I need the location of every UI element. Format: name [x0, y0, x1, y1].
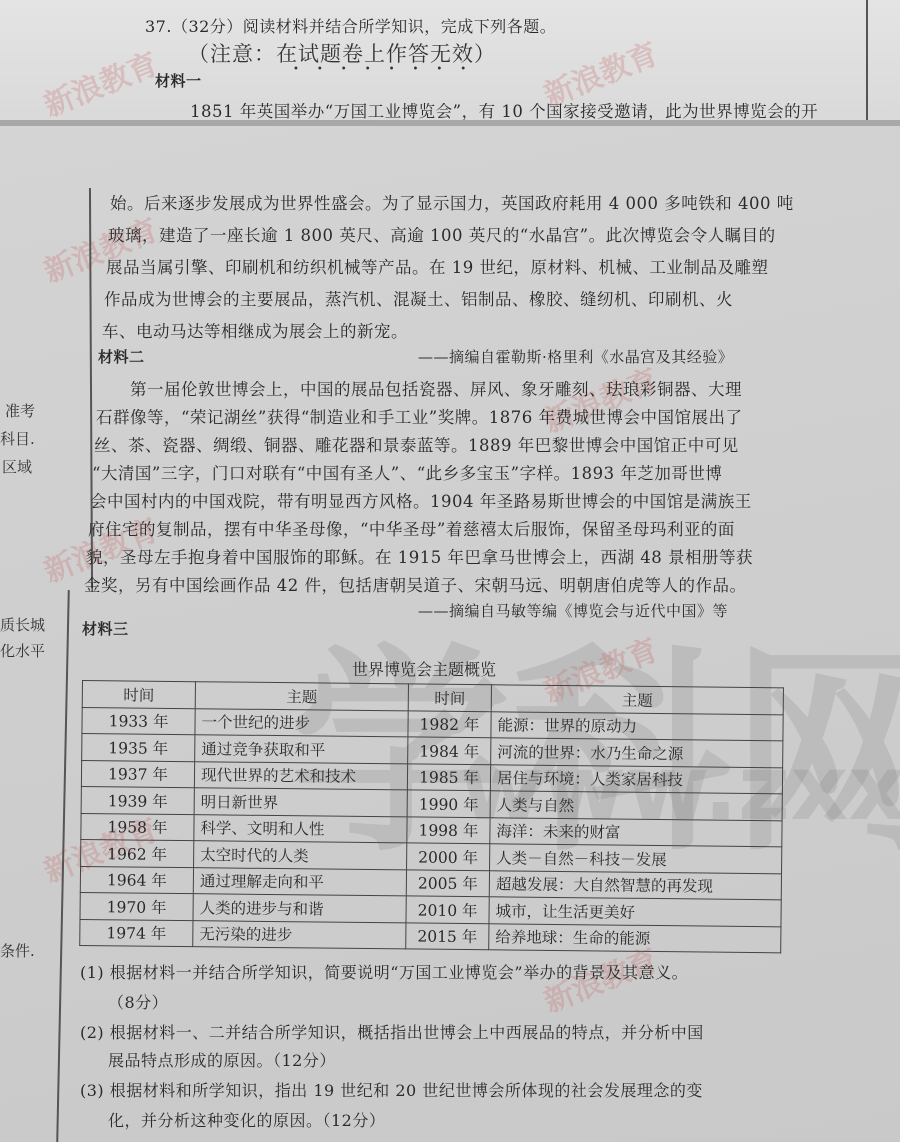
sub-question-3-cont: 化，并分析这种变化的原因。（12分）	[108, 1108, 385, 1131]
cell-theme: 居住与环境：人类家居科技	[490, 764, 782, 794]
cell-year: 1984 年	[408, 737, 491, 764]
sub-question-2: (2) 根据材料一、二并结合所学知识，概括指出世博会上中西展品的特点，并分析中国	[80, 1020, 704, 1043]
cell-year: 1937 年	[81, 760, 194, 788]
material2-source: ——摘编自马敏等编《博览会与近代中国》等	[418, 600, 728, 621]
material2-line: 会中国村内的中国戏院，带有明显西方风格。1904 年圣路易斯世博会的中国馆是满族…	[90, 488, 752, 512]
cell-theme: 超越发展：大自然智慧的再发现	[489, 870, 781, 900]
material1-label: 材料一	[155, 70, 202, 91]
material1-line: 始。后来逐步发展成为世界性盛会。为了显示国力，英国政府耗用 4 000 多吨铁和…	[110, 190, 794, 214]
material2-line: 第一届伦敦世博会上，中国的展品包括瓷器、屏风、象牙雕刻、珐琅彩铜器、大理	[130, 376, 742, 400]
cell-theme: 明日新世界	[194, 788, 407, 817]
sub-question-1: (1) 根据材料一并结合所学知识，简要说明“万国工业博览会”举办的背景及其意义。	[80, 960, 688, 983]
sina-watermark: 新浪教育	[36, 205, 164, 291]
sub-question-2-cont: 展品特点形成的原因。（12分）	[108, 1048, 336, 1071]
cell-theme: 无污染的进步	[193, 920, 406, 949]
sub-question-3: (3) 根据材料和所学知识，指出 19 世纪和 20 世纪世博会所体现的社会发展…	[80, 1078, 703, 1101]
material1-line: 玻璃，建造了一座长逾 1 800 英尺、高逾 100 英尺的“水晶宫”。此次博览…	[108, 222, 776, 246]
cell-theme: 给养地球：生命的能源	[489, 923, 781, 953]
cell-theme: 能源：世界的原动力	[491, 711, 783, 741]
header-time: 时间	[408, 684, 491, 711]
material2-label: 材料二	[98, 346, 145, 367]
table-title: 世界博览会主题概览	[352, 657, 496, 680]
cell-year: 1970 年	[80, 892, 193, 920]
margin-fragment: 科目.	[0, 428, 35, 449]
material2-line: “大清国”三字，门口对联有“中国有圣人”、“此乡多宝玉”字样。1893 年芝加哥…	[92, 460, 722, 484]
margin-fragment: 准考	[5, 400, 35, 421]
material2-line: 丝、茶、瓷器、绸缎、铜器、雕花器和景泰蓝等。1889 年巴黎世博会中国馆正中可见	[94, 432, 739, 456]
cell-theme: 现代世界的艺术和技术	[194, 761, 407, 790]
cell-theme: 一个世纪的进步	[195, 708, 408, 737]
cell-year: 2015 年	[406, 922, 489, 949]
cell-year: 2010 年	[406, 896, 489, 923]
material2-line: 貌，圣母左手抱身着中国服饰的耶稣。在 1915 年巴拿马世博会上，西湖 48 景…	[86, 544, 753, 568]
cell-theme: 太空时代的人类	[194, 841, 407, 870]
material2-line: 府住宅的复制品，摆有中华圣母像，“中华圣母”着慈禧太后服饰，保留圣母玛利亚的面	[88, 516, 735, 540]
material1-line: 1851 年英国举办“万国工业博览会”，有 10 个国家接受邀请，此为世界博览会…	[190, 98, 818, 122]
cell-theme: 通过竞争获取和平	[195, 735, 408, 764]
margin-fragment: 条件.	[0, 940, 35, 961]
material1-source: ——摘编自霍勒斯·格里利《水晶宫及其经验》	[418, 346, 733, 367]
emphasis-dots: ••••••••	[293, 64, 484, 75]
material1-line: 车、电动马达等相继成为展会上的新宠。	[102, 318, 408, 342]
question-header: 37.（32分）阅读材料并结合所学知识，完成下列各题。	[145, 14, 556, 37]
cell-year: 1974 年	[80, 919, 193, 947]
cell-year: 1935 年	[82, 734, 195, 762]
cell-theme: 河流的世界：水乃生命之源	[491, 738, 783, 768]
header-theme: 主题	[491, 685, 783, 715]
sina-watermark: 新浪教育	[36, 39, 164, 125]
cell-year: 1990 年	[407, 790, 490, 817]
photo-segment-top: 37.（32分）阅读材料并结合所学知识，完成下列各题。 （注意：在试题卷上作答无…	[0, 0, 900, 126]
margin-fragment: 区域	[2, 456, 32, 477]
header-theme: 主题	[195, 682, 408, 711]
cell-year: 2000 年	[407, 843, 490, 870]
cell-year: 1958 年	[81, 813, 194, 841]
cell-theme: 城市，让生活更美好	[489, 897, 781, 927]
page-fold-line	[866, 0, 868, 126]
cell-year: 1939 年	[81, 786, 194, 814]
cell-theme: 人类的进步与和谐	[193, 894, 406, 923]
material2-line: 金奖，另有中国绘画作品 42 件，包括唐朝吴道子、宋朝马远、明朝唐伯虎等人的作品…	[84, 572, 747, 596]
cell-year: 1964 年	[80, 866, 193, 894]
cell-year: 1962 年	[81, 839, 194, 867]
sub-question-1-score: （8分）	[108, 990, 168, 1013]
cell-year: 2005 年	[406, 869, 489, 896]
expo-themes-table: 时间 主题 时间 主题 1933 年一个世纪的进步1982 年能源：世界的原动力…	[79, 680, 784, 953]
cell-theme: 通过理解走向和平	[193, 867, 406, 896]
cell-theme: 科学、文明和人性	[194, 814, 407, 843]
cell-theme: 人类－自然－科技－发展	[490, 844, 782, 874]
cell-year: 1933 年	[82, 707, 195, 735]
material2-line: 石群像等，“荣记湖丝”获得“制造业和手工业”奖牌。1876 年费城世博会中国馆展…	[96, 404, 742, 428]
cell-year: 1982 年	[408, 710, 491, 737]
material1-line: 展品当属引擎、印刷机和纺织机械等产品。在 19 世纪，原材料、机械、工业制品及雕…	[106, 254, 769, 278]
header-time: 时间	[82, 681, 195, 709]
cell-year: 1998 年	[407, 816, 490, 843]
margin-fragment: 化水平	[0, 640, 45, 661]
cell-theme: 海洋：未来的财富	[490, 817, 782, 847]
cell-theme: 人类与自然	[490, 791, 782, 821]
cell-year: 1985 年	[407, 763, 490, 790]
material3-label: 材料三	[82, 618, 129, 639]
material1-line: 作品成为世博会的主要展品，蒸汽机、混凝土、铝制品、橡胶、缝纫机、印刷机、火	[104, 286, 733, 310]
margin-fragment: 质长城	[0, 614, 45, 635]
